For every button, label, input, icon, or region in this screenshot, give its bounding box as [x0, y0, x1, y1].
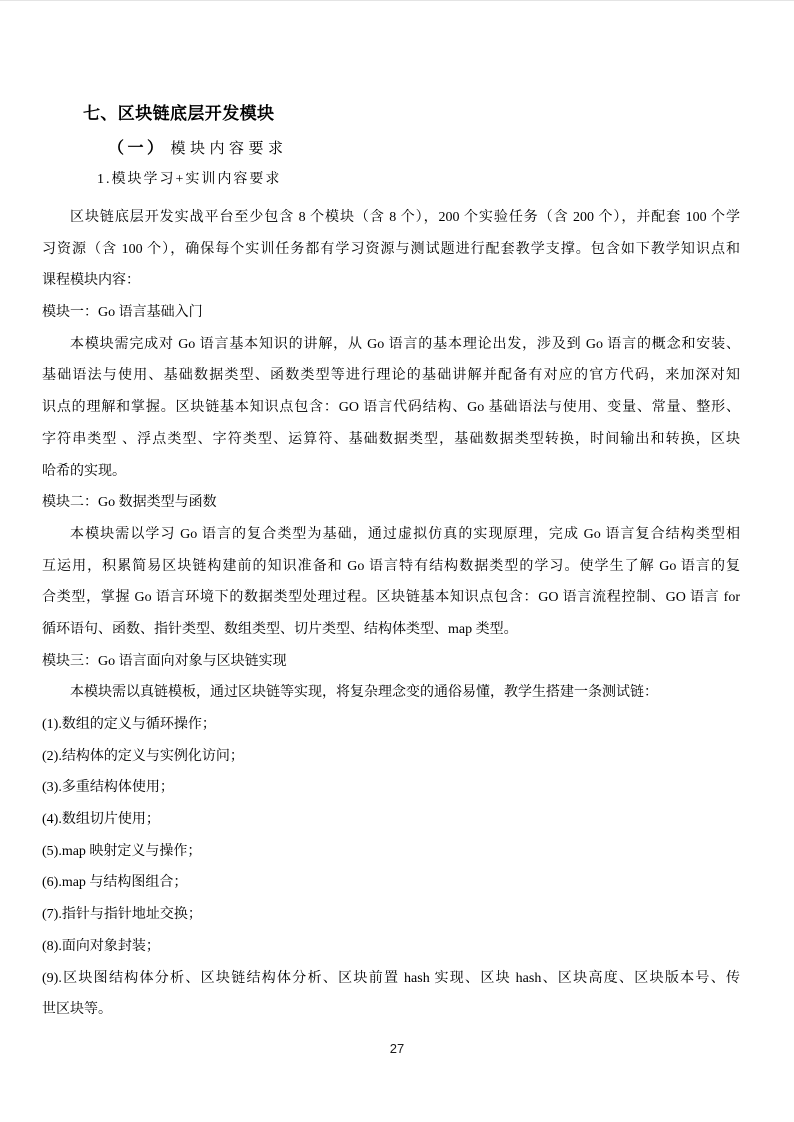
- text-line: 课程模块内容：: [42, 265, 740, 297]
- section-number: （一）: [108, 140, 167, 157]
- text-line: 识点的理解和掌握。区块链基本知识点包含：GO 语言代码结构、Go 基础语法与使用…: [42, 392, 740, 424]
- text-line: 模块二：Go 数据类型与函数: [42, 487, 740, 519]
- document-title: 七、区块链底层开发模块: [83, 101, 274, 127]
- text-line: 区块链底层开发实战平台至少包含 8 个模块（含 8 个），200 个实验任务（含…: [42, 202, 740, 234]
- text-line: 互运用，积累简易区块链构建前的知识准备和 Go 语言特有结构数据类型的学习。使学…: [42, 551, 740, 583]
- text-line: 模块三：Go 语言面向对象与区块链实现: [42, 646, 740, 678]
- text-line: (2).结构体的定义与实例化访问；: [42, 741, 740, 773]
- text-line: (5).map 映射定义与操作；: [42, 836, 740, 868]
- subsection-heading: 1.模块学习+实训内容要求: [97, 169, 281, 191]
- text-line: 基础语法与使用、基础数据类型、函数类型等进行理论的基础讲解并配备有对应的官方代码…: [42, 360, 740, 392]
- text-line: (8).面向对象封装；: [42, 931, 740, 963]
- section-label: 模块内容要求: [171, 141, 288, 157]
- page-number-footer: 27: [0, 1041, 794, 1057]
- text-line: (6).map 与结构图组合；: [42, 867, 740, 899]
- text-line: 本模块需以真链模板，通过区块链等实现，将复杂理念变的通俗易懂，教学生搭建一条测试…: [42, 677, 740, 709]
- text-line: 本模块需以学习 Go 语言的复合类型为基础，通过虚拟仿真的实现原理，完成 Go …: [42, 519, 740, 551]
- text-line: 本模块需完成对 Go 语言基本知识的讲解，从 Go 语言的基本理论出发，涉及到 …: [42, 329, 740, 361]
- text-line: 哈希的实现。: [42, 456, 740, 488]
- text-line: 世区块等。: [42, 994, 740, 1026]
- document-page: 七、区块链底层开发模块 （一）模块内容要求 1.模块学习+实训内容要求 区块链底…: [0, 0, 794, 1122]
- text-line: (7).指针与指针地址交换；: [42, 899, 740, 931]
- text-line: 合类型，掌握 Go 语言环境下的数据类型处理过程。区块链基本知识点包含：GO 语…: [42, 582, 740, 614]
- text-line: 模块一：Go 语言基础入门: [42, 297, 740, 329]
- section-heading: （一）模块内容要求: [108, 137, 288, 161]
- text-line: 循环语句、函数、指针类型、数组类型、切片类型、结构体类型、map 类型。: [42, 614, 740, 646]
- text-line: (9).区块图结构体分析、区块链结构体分析、区块前置 hash 实现、区块 ha…: [42, 963, 740, 995]
- text-line: 习资源（含 100 个），确保每个实训任务都有学习资源与测试题进行配套教学支撑。…: [42, 234, 740, 266]
- text-line: 字符串类型 、浮点类型、字符类型、运算符、基础数据类型，基础数据类型转换，时间输…: [42, 424, 740, 456]
- text-line: (4).数组切片使用；: [42, 804, 740, 836]
- document-body: 区块链底层开发实战平台至少包含 8 个模块（含 8 个），200 个实验任务（含…: [42, 202, 740, 1026]
- text-line: (1).数组的定义与循环操作；: [42, 709, 740, 741]
- text-line: (3).多重结构体使用；: [42, 772, 740, 804]
